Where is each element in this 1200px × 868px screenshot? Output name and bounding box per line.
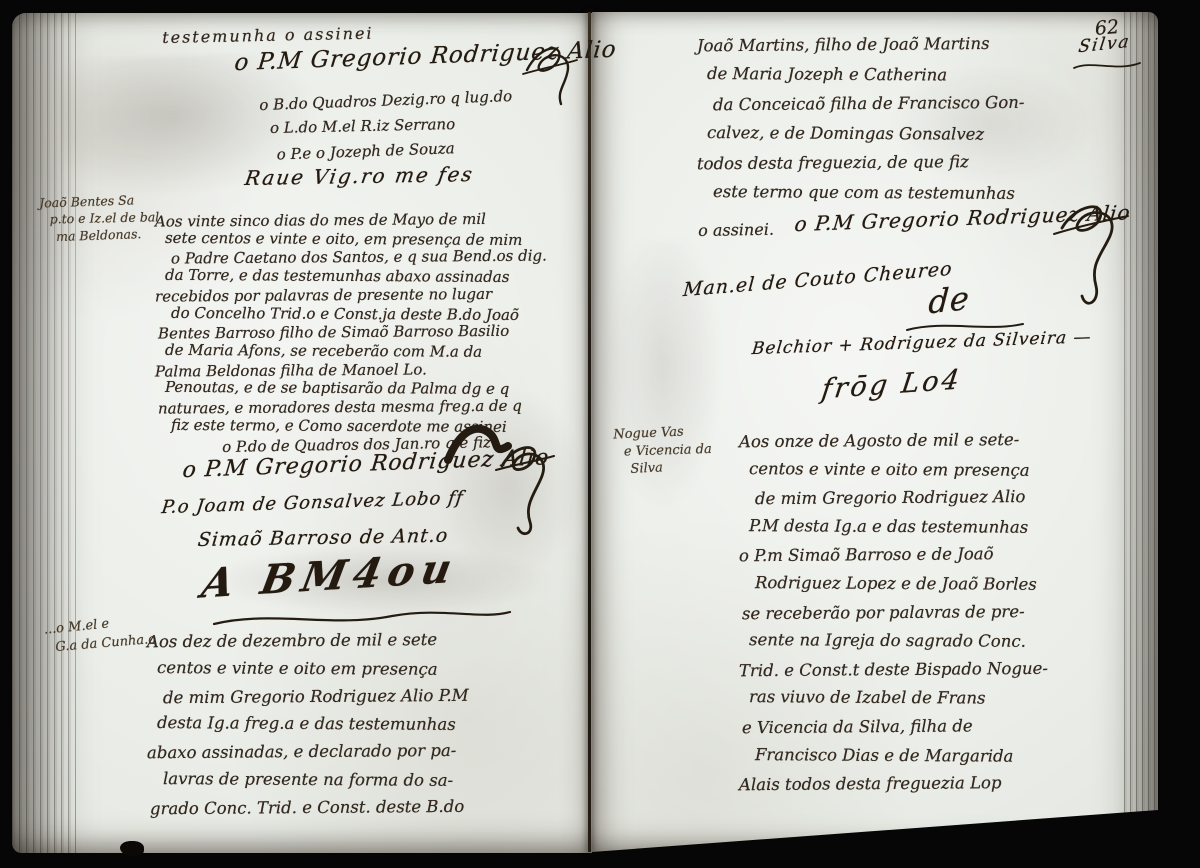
- photo-background: testemunha o assinei o P.M Gregorio Rodr…: [0, 0, 1200, 868]
- rubric-swash-icon: [1072, 58, 1142, 74]
- left-witness-signatures: o B.do Quadros Dezig.ro q lug.doo L.do M…: [262, 85, 514, 167]
- right-entry-2-lines: Aos onze de Agosto de mil e sete-centos …: [742, 427, 1048, 799]
- left-entry-2-lines: Aos dez de dezembro de mil e setecentos …: [150, 627, 469, 822]
- left-entry-1-lines: Aos vinte sinco dias do mes de Mayo de m…: [158, 211, 547, 435]
- paraph-flourish-icon: [521, 40, 579, 112]
- paraph-flourish-icon: [494, 440, 556, 540]
- right-connector-word: de: [927, 279, 971, 322]
- book-gutter: [588, 12, 591, 852]
- paraph-flourish-icon: [1052, 198, 1130, 318]
- ink-blot: [120, 841, 144, 856]
- right-margin-note: Nogue Vase Vicencia daSilva: [616, 423, 713, 479]
- right-closing-line: o assinei.: [698, 220, 774, 240]
- right-entry-1-lines: Joaõ Martins, filho de Joaõ Martinsde Ma…: [700, 30, 1024, 207]
- left-margin-note-1: Joaõ Bentes Sap.to e Iz.el de balma Beld…: [42, 191, 160, 245]
- left-flourish-line: Raue Vig.ro me fes: [243, 162, 476, 190]
